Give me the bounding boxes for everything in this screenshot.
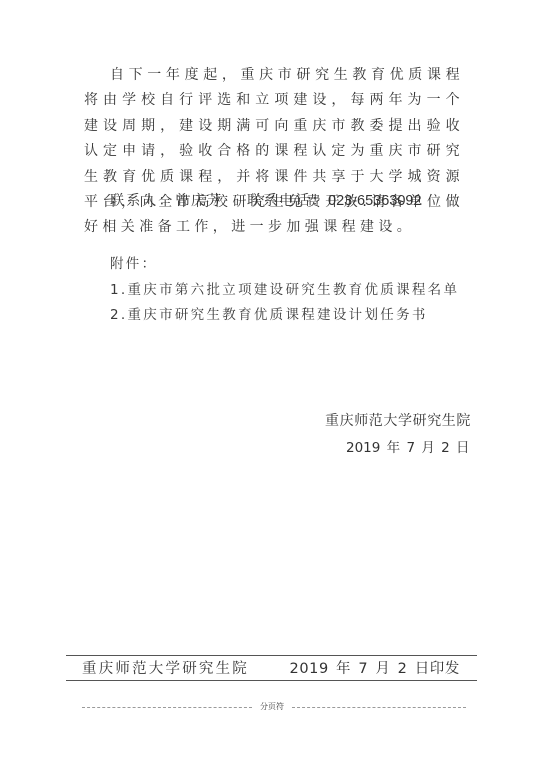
signature-date: 2019 年 7 月 2 日 <box>346 437 465 459</box>
signature-block: 重庆师范大学研究生院 2019 年 7 月 2 日 <box>325 410 465 459</box>
attachments: 附件： 1.重庆市第六批立项建设研究生教育优质课程名单 2.重庆市研究生教育优质… <box>110 252 459 329</box>
attachment-item: 2.重庆市研究生教育优质课程建设计划任务书 <box>110 303 459 329</box>
contact-person: 联系人：曾庆芳 <box>110 193 223 209</box>
footer-issuer: 重庆师范大学研究生院 <box>82 659 249 679</box>
page-break-dash-right <box>292 707 466 708</box>
contact-phone: 联系电话：023-65363092 <box>247 190 422 212</box>
attachments-heading: 附件： <box>110 252 459 278</box>
contact-phone-label: 联系电话： <box>247 193 328 209</box>
footer-row: 重庆师范大学研究生院 2019 年 7 月 2 日印发 <box>82 659 460 679</box>
attachment-item: 1.重庆市第六批立项建设研究生教育优质课程名单 <box>110 278 459 304</box>
document-page: 自下一年度起，重庆市研究生教育优质课程将由学校自行评选和立项建设，每两年为一个建… <box>0 0 543 768</box>
footer-bottom-rule <box>66 680 477 681</box>
footer-issue-date: 2019 年 7 月 2 日印发 <box>290 659 461 679</box>
page-break-marker: 分页符 <box>82 701 466 713</box>
contact-line: 联系人：曾庆芳 联系电话：023-65363092 <box>110 190 223 212</box>
signature-organization: 重庆师范大学研究生院 <box>325 410 465 432</box>
contact-phone-number: 023-65363092 <box>328 193 422 209</box>
page-break-dash-left <box>82 707 252 708</box>
page-break-label: 分页符 <box>254 701 290 713</box>
footer-top-rule <box>66 655 477 656</box>
body-paragraph: 自下一年度起，重庆市研究生教育优质课程将由学校自行评选和立项建设，每两年为一个建… <box>84 63 464 241</box>
